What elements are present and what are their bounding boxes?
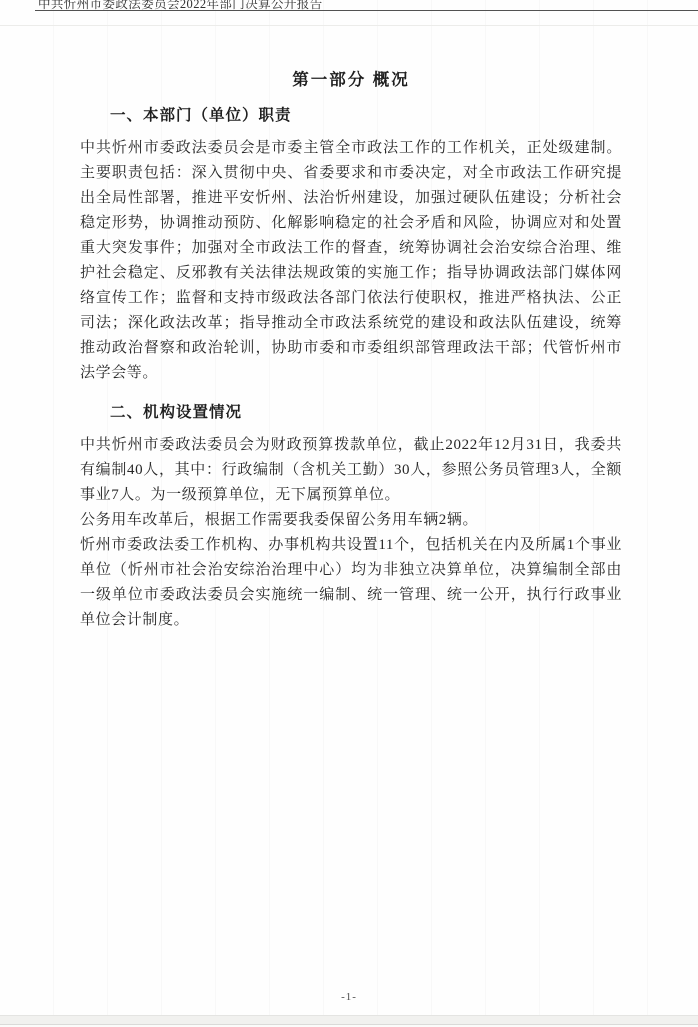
footer-page-number: -1-	[0, 991, 698, 1003]
document-page: 中共忻州市委政法委员会2022年部门决算公开报告 第一部分 概况 一、本部门（单…	[0, 0, 698, 1027]
document-body: 第一部分 概况 一、本部门（单位）职责 中共忻州市委政法委员会是市委主管全市政法…	[80, 68, 622, 633]
header-rule	[35, 10, 698, 11]
paragraph-organs: 忻州市委政法委工作机构、办事机构共设置11个，包括机关在内及所属1个事业单位（忻…	[80, 533, 622, 633]
page-title: 第一部分 概况	[80, 68, 622, 92]
section-heading-duties: 一、本部门（单位）职责	[80, 105, 622, 127]
paragraph-vehicles: 公务用车改革后，根据工作需要我委保留公务用车辆2辆。	[80, 508, 622, 533]
page-gap-band	[0, 1015, 698, 1027]
header-rule-faint	[0, 25, 698, 26]
paragraph-duties: 中共忻州市委政法委员会是市委主管全市政法工作的工作机关，正处级建制。主要职责包括…	[80, 136, 622, 386]
paragraph-staffing: 中共忻州市委政法委员会为财政预算拨款单位，截止2022年12月31日，我委共有编…	[80, 433, 622, 508]
section-heading-structure: 二、机构设置情况	[80, 402, 622, 424]
